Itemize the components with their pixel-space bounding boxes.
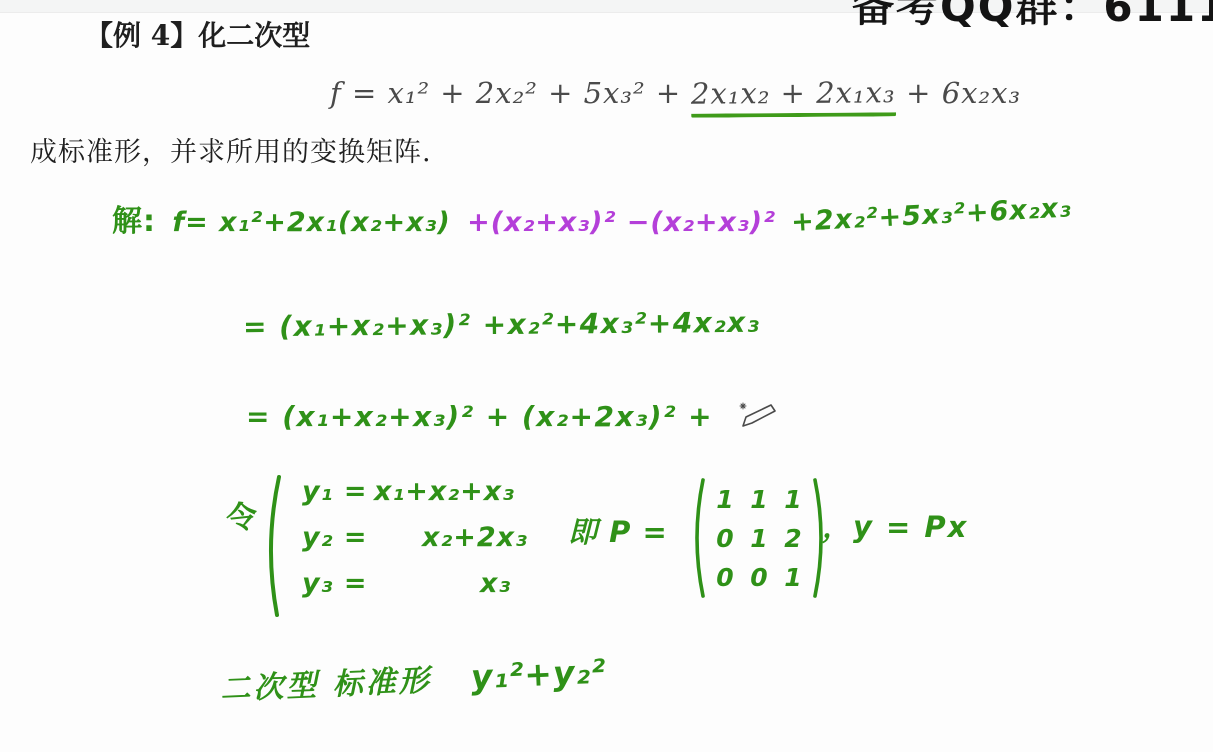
substitution-system: y₁ = x₁+x₂+x₃ y₂ = x₂+2x₃ y₃ = x₃	[302, 468, 528, 606]
system-row2-rhs: x₂+2x₃	[422, 522, 528, 553]
matrix-cell: 1	[776, 480, 810, 519]
system-brace-icon	[262, 472, 282, 625]
system-row1-lhs: y₁ =	[302, 476, 374, 507]
instruction-text: 成标准形，并求所用的变换矩阵.	[30, 130, 432, 169]
matrix-outro: ，y = Px	[822, 505, 968, 546]
handwritten-step3: = (x₁+x₂+x₃)² + (x₂+2x₃)² +	[246, 400, 778, 437]
formula-lead: f = x₁² + 2x₂² + 5x₃² +	[330, 76, 691, 110]
whiteboard-page: 备考QQ群：611177 【例 4】化二次型 f = x₁² + 2x₂² + …	[0, 0, 1213, 752]
matrix-cell: 0	[742, 558, 776, 597]
matrix-cell: 1	[742, 480, 776, 519]
system-row-1: y₁ = x₁+x₂+x₃	[302, 468, 528, 514]
handwritten-step2: = (x₁+x₂+x₃)² +x₂²+4x₃²+4x₂x₃	[243, 306, 761, 344]
system-row3-lhs: y₃ =	[302, 568, 374, 599]
matrix-cell: 1	[708, 480, 742, 519]
conclusion-result: y₁²+y₂²	[470, 652, 607, 697]
matrix-values: 1 1 1 0 1 2 0 0 1	[708, 480, 810, 597]
system-row3-rhs: x₃	[480, 568, 511, 599]
pen-cursor-icon[interactable]	[738, 402, 778, 437]
let-label: 令	[224, 491, 260, 539]
matrix-left-paren-icon	[688, 476, 706, 600]
step1-purple-completion: +(x₂+x₃)² −(x₂+x₃)²	[467, 207, 776, 238]
matrix-intro: 即 P =	[568, 510, 668, 551]
step1-green-head: f= x₁²+2x₁(x₂+x₃)	[172, 207, 450, 238]
matrix-cell: 1	[742, 519, 776, 558]
system-row-2: y₂ = x₂+2x₃	[302, 514, 528, 560]
system-row1-rhs: x₁+x₂+x₃	[374, 476, 515, 507]
formula-tail: + 6x₂x₃	[896, 76, 1021, 110]
system-row2-lhs: y₂ =	[302, 522, 374, 553]
example-title: 【例 4】化二次型	[85, 14, 310, 54]
conclusion-line: 二次型 标准形 y₁²+y₂²	[219, 648, 607, 709]
step1-green-tail: +2x₂²+5x₃²+6x₂x₃	[791, 192, 1073, 238]
qq-group-banner: 备考QQ群：611177	[852, 0, 1213, 34]
matrix-cell: 1	[776, 558, 810, 597]
quadratic-form-formula: f = x₁² + 2x₂² + 5x₃² + 2x₁x₂ + 2x₁x₃ + …	[330, 76, 1021, 117]
system-row-3: y₃ = x₃	[302, 560, 528, 606]
conclusion-label: 二次型 标准形	[220, 663, 433, 707]
transformation-matrix: 1 1 1 0 1 2 0 0 1	[688, 476, 830, 600]
formula-underlined-terms: 2x₁x₂ + 2x₁x₃	[691, 75, 896, 117]
matrix-cell: 2	[776, 519, 810, 558]
matrix-cell: 0	[708, 519, 742, 558]
step3-expression: = (x₁+x₂+x₃)² + (x₂+2x₃)² +	[246, 400, 713, 433]
solve-label: 解:	[112, 196, 156, 240]
matrix-cell: 0	[708, 558, 742, 597]
handwritten-step1: 解: f= x₁²+2x₁(x₂+x₃) +(x₂+x₃)² −(x₂+x₃)²…	[112, 196, 1079, 240]
